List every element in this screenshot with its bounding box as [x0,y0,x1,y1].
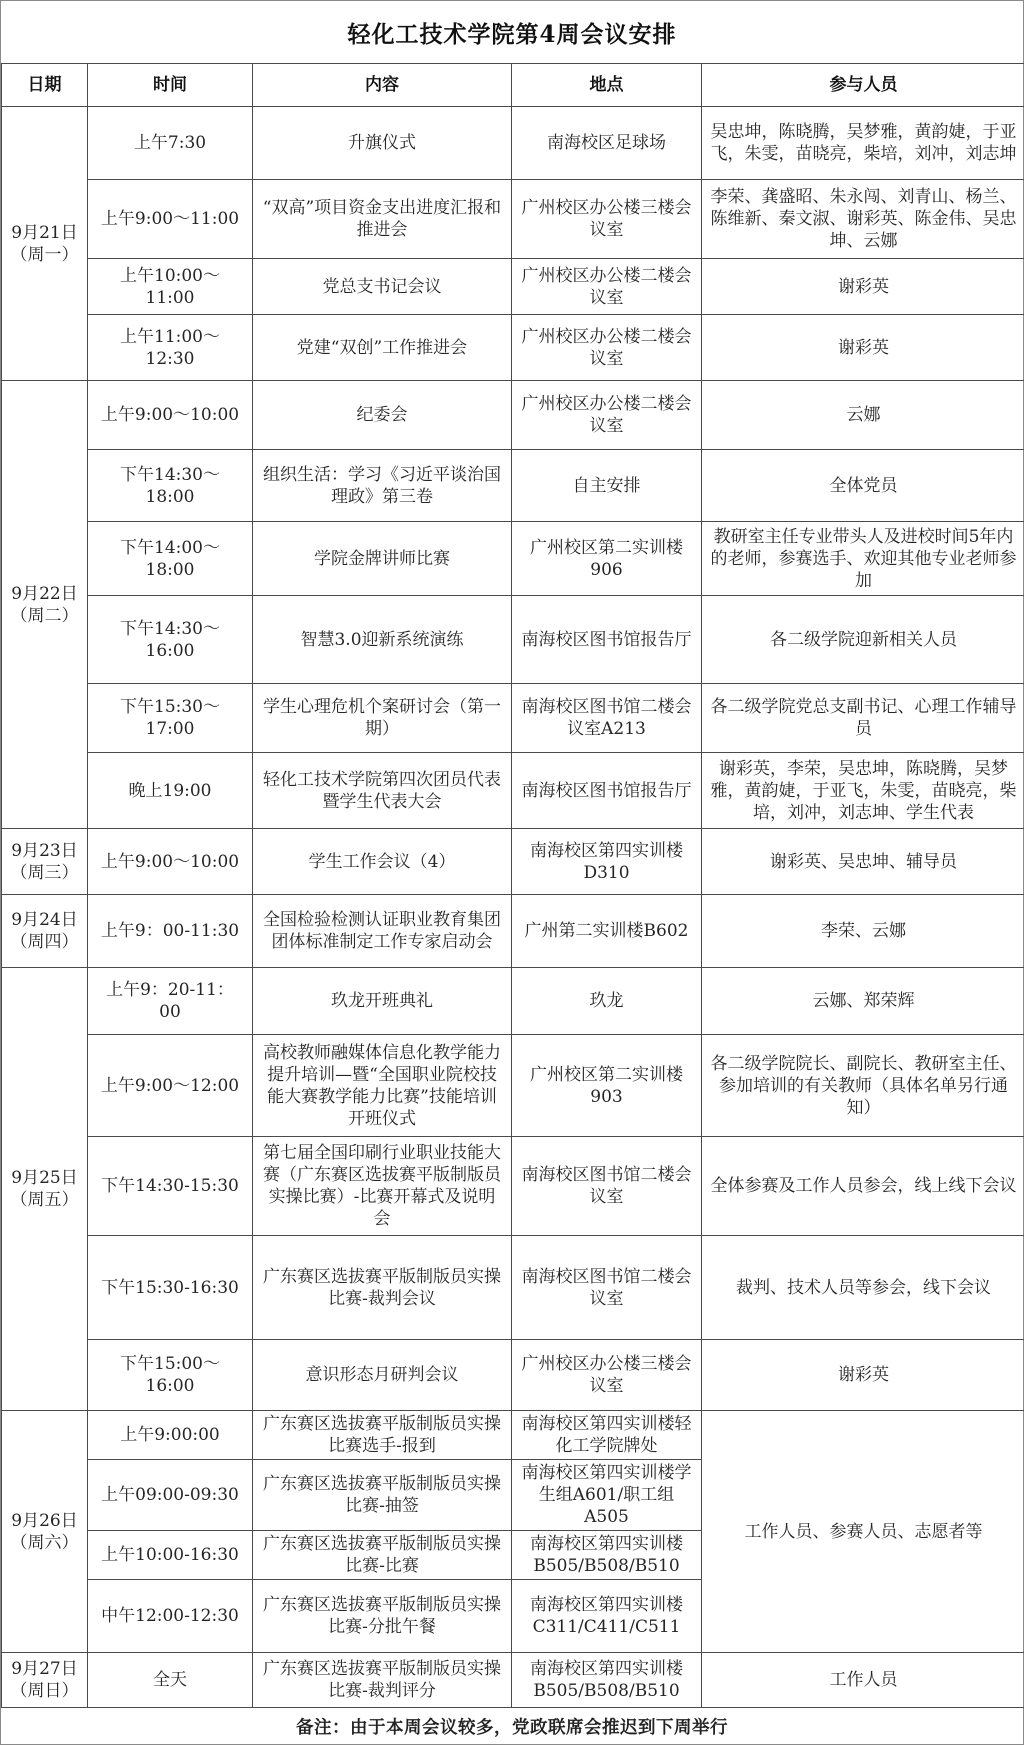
location-cell: 自主安排 [512,450,702,522]
column-header-time: 时间 [88,64,253,107]
column-header-date: 日期 [2,64,88,107]
participants-cell: 谢彩英、吴忠坤、辅导员 [702,829,1024,895]
time-cell: 中午12:00-12:30 [88,1580,253,1653]
time-cell: 上午9:00～10:00 [88,381,253,450]
content-cell: 意识形态月研判会议 [253,1340,512,1411]
location-cell: 南海校区图书馆二楼会议室 [512,1236,702,1340]
time-cell: 下午15:30～17:00 [88,684,253,753]
participants-cell: 工作人员 [702,1653,1024,1708]
date-cell: 9月27日（周日） [2,1653,88,1708]
content-cell: “双高”项目资金支出进度汇报和推进会 [253,180,512,259]
location-cell: 南海校区第四实训楼轻化工学院牌处 [512,1411,702,1460]
column-header-participants: 参与人员 [702,64,1024,107]
column-header-location: 地点 [512,64,702,107]
participants-cell: 各二级学院迎新相关人员 [702,596,1024,684]
location-cell: 南海校区图书馆报告厅 [512,753,702,829]
table-row: 9月27日（周日）全天广东赛区选拔赛平版制版员实操比赛-裁判评分南海校区第四实训… [2,1653,1024,1708]
table-row: 下午14:30-15:30第七届全国印刷行业职业技能大赛（广东赛区选拔赛平版制版… [2,1137,1024,1236]
content-cell: 广东赛区选拔赛平版制版员实操比赛选手-报到 [253,1411,512,1460]
title-bar: 轻化工技术学院第4周会议安排 [1,1,1023,63]
location-cell: 玖龙 [512,968,702,1035]
date-label: 9月27日 [10,1658,79,1680]
content-cell: 第七届全国印刷行业职业技能大赛（广东赛区选拔赛平版制版员实操比赛）-比赛开幕式及… [253,1137,512,1236]
time-cell: 上午9：00-11:30 [88,895,253,968]
location-cell: 南海校区图书馆报告厅 [512,596,702,684]
table-row: 下午14:30～16:00智慧3.0迎新系统演练南海校区图书馆报告厅各二级学院迎… [2,596,1024,684]
location-cell: 南海校区第四实训楼D310 [512,829,702,895]
participants-cell: 全体参赛及工作人员参会，线上线下会议 [702,1137,1024,1236]
content-cell: 广东赛区选拔赛平版制版员实操比赛-分批午餐 [253,1580,512,1653]
table-row: 9月21日（周一）上午7:30升旗仪式南海校区足球场吴忠坤，陈晓腾，吴梦雅，黄韵… [2,107,1024,180]
footer-area: 备注：由于本周会议较多，党政联席会推迟到下周举行 [1,1708,1023,1744]
time-cell: 下午14:30～18:00 [88,450,253,522]
location-cell: 南海校区第四实训楼学生组A601/职工组A505 [512,1460,702,1531]
table-row: 下午14:30～18:00组织生活：学习《习近平谈治国理政》第三卷自主安排全体党… [2,450,1024,522]
date-label: 9月21日 [10,222,79,244]
time-cell: 上午9:00～11:00 [88,180,253,259]
participants-cell: 全体党员 [702,450,1024,522]
location-cell: 广州校区办公楼二楼会议室 [512,315,702,381]
participants-cell: 李荣、云娜 [702,895,1024,968]
time-cell: 全天 [88,1653,253,1708]
content-cell: 广东赛区选拔赛平版制版员实操比赛-比赛 [253,1531,512,1580]
table-row: 晚上19:00轻化工技术学院第四次团员代表暨学生代表大会南海校区图书馆报告厅谢彩… [2,753,1024,829]
content-cell: 组织生活：学习《习近平谈治国理政》第三卷 [253,450,512,522]
header-row: 日期 时间 内容 地点 参与人员 [2,64,1024,107]
location-cell: 南海校区第四实训楼B505/B508/B510 [512,1531,702,1580]
table-row: 9月25日（周五）上午9：20-11：00玖龙开班典礼玖龙云娜、郑荣辉 [2,968,1024,1035]
content-cell: 广东赛区选拔赛平版制版员实操比赛-裁判会议 [253,1236,512,1340]
content-cell: 高校教师融媒体信息化教学能力提升培训—暨“全国职业院校技能大赛教学能力比赛”技能… [253,1035,512,1137]
location-cell: 广州校区办公楼三楼会议室 [512,180,702,259]
content-cell: 党总支书记会议 [253,259,512,315]
table-row: 下午14:00～18:00学院金牌讲师比赛广州校区第二实训楼906教研室主任专业… [2,522,1024,596]
location-cell: 南海校区图书馆二楼会议室A213 [512,684,702,753]
table-row: 9月26日（周六）上午9:00:00广东赛区选拔赛平版制版员实操比赛选手-报到南… [2,1411,1024,1460]
location-cell: 南海校区第四实训楼B505/B508/B510 [512,1653,702,1708]
table-row: 上午11:00～12:30党建“双创”工作推进会广州校区办公楼二楼会议室谢彩英 [2,315,1024,381]
table-row: 下午15:30-16:30广东赛区选拔赛平版制版员实操比赛-裁判会议南海校区图书… [2,1236,1024,1340]
time-cell: 上午9:00～12:00 [88,1035,253,1137]
participants-cell: 工作人员、参赛人员、志愿者等 [702,1411,1024,1653]
date-cell: 9月24日（周四） [2,895,88,968]
date-cell: 9月21日（周一） [2,107,88,381]
content-cell: 广东赛区选拔赛平版制版员实操比赛-抽签 [253,1460,512,1531]
time-cell: 上午7:30 [88,107,253,180]
weekday-label: （周二） [10,605,79,627]
table-row: 下午15:30～17:00学生心理危机个案研讨会（第一期）南海校区图书馆二楼会议… [2,684,1024,753]
time-cell: 下午15:30-16:30 [88,1236,253,1340]
weekday-label: （周三） [10,862,79,884]
time-cell: 上午10:00～11:00 [88,259,253,315]
location-cell: 广州校区第二实训楼906 [512,522,702,596]
participants-cell: 谢彩英 [702,1340,1024,1411]
table-row: 上午10:00～11:00党总支书记会议广州校区办公楼二楼会议室谢彩英 [2,259,1024,315]
participants-cell: 云娜、郑荣辉 [702,968,1024,1035]
column-header-content: 内容 [253,64,512,107]
content-cell: 全国检验检测认证职业教育集团团体标准制定工作专家启动会 [253,895,512,968]
location-cell: 南海校区足球场 [512,107,702,180]
table-row: 9月22日（周二）上午9:00～10:00纪委会广州校区办公楼二楼会议室云娜 [2,381,1024,450]
content-cell: 学生工作会议（4） [253,829,512,895]
participants-cell: 裁判、技术人员等参会，线下会议 [702,1236,1024,1340]
content-cell: 升旗仪式 [253,107,512,180]
participants-cell: 教研室主任专业带头人及进校时间5年内的老师，参赛选手、欢迎其他专业老师参加 [702,522,1024,596]
date-label: 9月26日 [10,1510,79,1532]
table-row: 下午15:00～16:00意识形态月研判会议广州校区办公楼三楼会议室谢彩英 [2,1340,1024,1411]
participants-cell: 吴忠坤，陈晓腾，吴梦雅，黄韵婕，于亚飞，朱雯，苗晓亮，柴培，刘冲，刘志坤 [702,107,1024,180]
time-cell: 上午9:00:00 [88,1411,253,1460]
date-label: 9月23日 [10,840,79,862]
weekday-label: （周日） [10,1680,79,1702]
content-cell: 学生心理危机个案研讨会（第一期） [253,684,512,753]
page-title: 轻化工技术学院第4周会议安排 [347,16,676,49]
time-cell: 上午11:00～12:30 [88,315,253,381]
location-cell: 广州校区办公楼二楼会议室 [512,381,702,450]
participants-cell: 各二级学院院长、副院长、教研室主任、参加培训的有关教师（具体名单另行通知） [702,1035,1024,1137]
date-label: 9月25日 [10,1167,79,1189]
date-cell: 9月25日（周五） [2,968,88,1411]
date-cell: 9月22日（周二） [2,381,88,829]
time-cell: 下午14:00～18:00 [88,522,253,596]
participants-cell: 谢彩英 [702,259,1024,315]
participants-cell: 各二级学院党总支副书记、心理工作辅导员 [702,684,1024,753]
participants-cell: 谢彩英 [702,315,1024,381]
weekday-label: （周四） [10,931,79,953]
time-cell: 下午14:30～16:00 [88,596,253,684]
content-cell: 纪委会 [253,381,512,450]
location-cell: 广州第二实训楼B602 [512,895,702,968]
participants-cell: 李荣、龚盛昭、朱永闯、刘青山、杨兰、陈维新、秦文淑、谢彩英、陈金伟、吴忠坤、云娜 [702,180,1024,259]
time-cell: 上午9:00～10:00 [88,829,253,895]
time-cell: 下午15:00～16:00 [88,1340,253,1411]
time-cell: 上午10:00-16:30 [88,1531,253,1580]
date-label: 9月22日 [10,583,79,605]
location-cell: 广州校区办公楼三楼会议室 [512,1340,702,1411]
location-cell: 广州校区第二实训楼903 [512,1035,702,1137]
weekday-label: （周五） [10,1189,79,1211]
time-cell: 上午09:00-09:30 [88,1460,253,1531]
date-label: 9月24日 [10,909,79,931]
content-cell: 广东赛区选拔赛平版制版员实操比赛-裁判评分 [253,1653,512,1708]
content-cell: 轻化工技术学院第四次团员代表暨学生代表大会 [253,753,512,829]
content-cell: 党建“双创”工作推进会 [253,315,512,381]
date-cell: 9月26日（周六） [2,1411,88,1653]
participants-cell: 谢彩英，李荣，吴忠坤，陈晓腾，吴梦雅，黄韵婕，于亚飞，朱雯，苗晓亮，柴培，刘冲，… [702,753,1024,829]
table-row: 9月23日（周三）上午9:00～10:00学生工作会议（4）南海校区第四实训楼D… [2,829,1024,895]
footer-note: 备注：由于本周会议较多，党政联席会推迟到下周举行 [296,1714,728,1739]
table-row: 上午9:00～12:00高校教师融媒体信息化教学能力提升培训—暨“全国职业院校技… [2,1035,1024,1137]
weekday-label: （周一） [10,244,79,266]
location-cell: 南海校区第四实训楼C311/C411/C511 [512,1580,702,1653]
table-row: 9月24日（周四）上午9：00-11:30全国检验检测认证职业教育集团团体标准制… [2,895,1024,968]
date-cell: 9月23日（周三） [2,829,88,895]
location-cell: 广州校区办公楼二楼会议室 [512,259,702,315]
content-cell: 玖龙开班典礼 [253,968,512,1035]
schedule-table: 日期 时间 内容 地点 参与人员 9月21日（周一）上午7:30升旗仪式南海校区… [1,63,1024,1708]
time-cell: 晚上19:00 [88,753,253,829]
content-cell: 学院金牌讲师比赛 [253,522,512,596]
table-row: 上午9:00～11:00“双高”项目资金支出进度汇报和推进会广州校区办公楼三楼会… [2,180,1024,259]
participants-cell: 云娜 [702,381,1024,450]
time-cell: 上午9：20-11：00 [88,968,253,1035]
content-cell: 智慧3.0迎新系统演练 [253,596,512,684]
weekday-label: （周六） [10,1532,79,1554]
time-cell: 下午14:30-15:30 [88,1137,253,1236]
location-cell: 南海校区图书馆二楼会议室 [512,1137,702,1236]
schedule-sheet: 轻化工技术学院第4周会议安排 日期 时间 内容 地点 参与人员 9月21日（周一… [0,0,1024,1745]
